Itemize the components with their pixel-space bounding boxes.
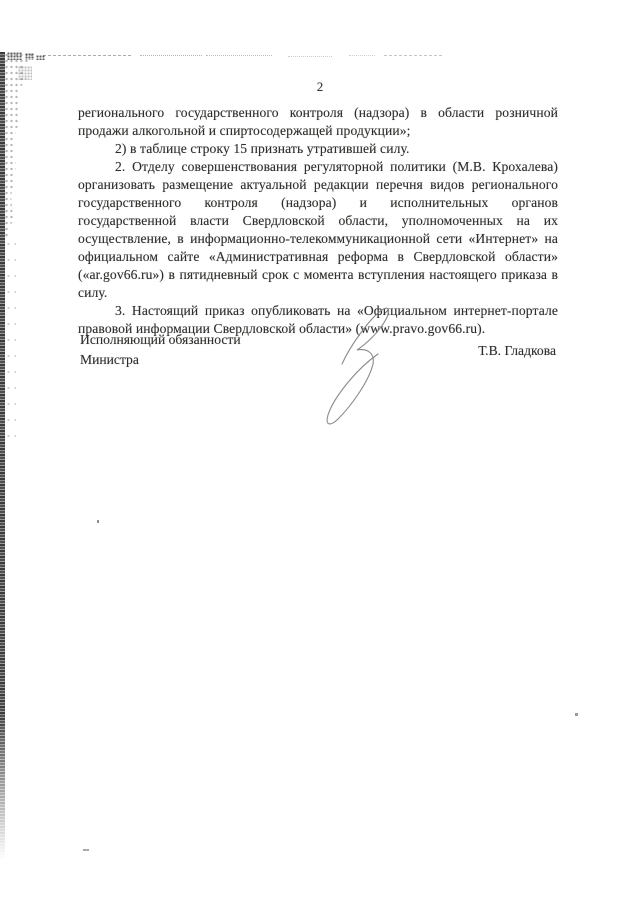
signature-position-title: Исполняющий обязанности Министра xyxy=(80,330,241,370)
paragraph-item-2: 2. Отделу совершенствования регуляторной… xyxy=(78,158,558,302)
handwritten-signature-icon xyxy=(312,298,397,434)
scan-noise-blob xyxy=(25,53,34,60)
scan-fold-line-segment xyxy=(349,55,375,56)
signature-position-line1: Исполняющий обязанности xyxy=(80,330,241,350)
scan-noise-speck xyxy=(575,713,578,716)
scan-noise-blob xyxy=(18,66,32,80)
scan-fold-line-segment xyxy=(140,55,202,56)
paragraph-subitem-2: 2) в таблице строку 15 признать утративш… xyxy=(78,140,558,158)
page-number: 2 xyxy=(0,79,640,95)
scan-noise-speck xyxy=(97,520,99,523)
signatory-name: Т.В. Гладкова xyxy=(478,343,556,359)
scanned-document-page: 2 регионального государственного контрол… xyxy=(0,0,640,905)
scan-fold-line-segment xyxy=(206,55,272,56)
scan-fold-line-segment xyxy=(288,56,332,57)
scan-fold-line-segment xyxy=(384,55,442,56)
scan-speckle-column-artifact xyxy=(5,236,16,451)
signature-position-line2: Министра xyxy=(80,350,241,370)
paragraph-continuation: регионального государственного контроля … xyxy=(78,104,558,140)
scan-noise-speck xyxy=(83,849,89,851)
scan-fold-line-segment xyxy=(43,55,131,56)
scan-noise-blob xyxy=(36,55,45,60)
scan-noise-blob xyxy=(7,52,22,60)
